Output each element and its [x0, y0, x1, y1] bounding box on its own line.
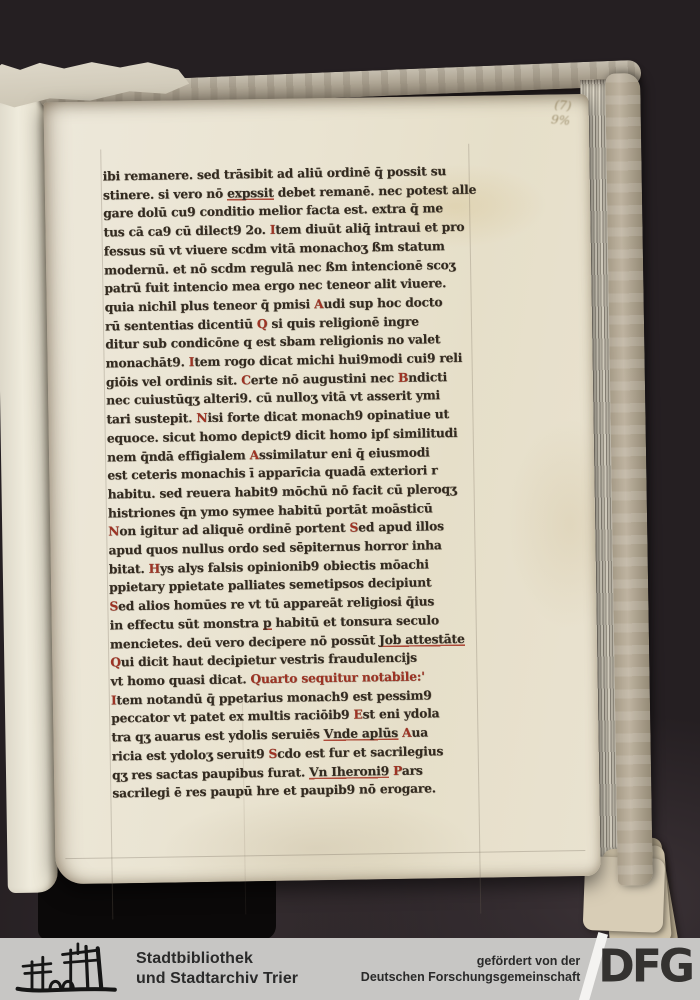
rubricated-text: B	[398, 369, 408, 384]
ink-text: ed apud illos	[358, 519, 444, 535]
ink-text: tem rogo dicat michi hui9modi cui9 reli	[194, 350, 462, 369]
ink-text: monachāt9.	[105, 354, 188, 370]
ink-text: erte nō augustini nec	[251, 370, 398, 387]
ink-text: stinere. si vero nō	[103, 185, 227, 202]
page-crease	[65, 850, 585, 859]
ink-text: bitat.	[109, 561, 149, 577]
ink-text: histriones q̄n ymo symee habitū portāt m…	[108, 500, 433, 520]
ink-text: est ceteris monachis ī apparīcia quadā e…	[107, 463, 437, 483]
manuscript-text-block: ibi remanere. sed trāsibit ad aliū ordin…	[103, 162, 493, 804]
ink-text: nec cuiustūqʒ alteri9. cū nulloʒ vitā vt…	[106, 388, 440, 408]
ink-text: habitu. sed reuera habit9 mōchū nō facit…	[108, 481, 457, 501]
ink-text: udi sup hoc docto	[323, 294, 442, 311]
funding-credit: gefördert von der Deutschen Forschungsge…	[361, 953, 581, 986]
ink-text: st eni ydola	[362, 706, 439, 722]
red-underlined-text: Job attestāte	[379, 630, 465, 646]
institution-line-2: und Stadtarchiv Trier	[136, 969, 298, 989]
ink-text: gare dolū cu9 conditio melior facta est.…	[103, 201, 443, 221]
dfg-logo: DFG	[598, 935, 692, 999]
rubricated-text: A	[249, 447, 259, 462]
ink-text: giōis vel ordinis sit.	[106, 372, 242, 389]
ink-text: ed alios homūes re vt tū appareāt religi…	[118, 594, 434, 614]
rubricated-text: N	[108, 524, 119, 539]
ink-text: tari sustepit.	[106, 410, 196, 426]
ink-text: fessus sū vt viuere scdm vitā monachoʒ ß…	[104, 238, 445, 258]
folio-marks: (7) 9%	[550, 98, 572, 130]
red-underlined-text: expssit	[227, 185, 274, 201]
ink-text: qʒ res sactas paupibus furat.	[112, 764, 309, 782]
ink-text: ssimilatur eni q̄ eiusmodi	[259, 444, 430, 462]
ink-text: apud quos nullus ordo sed sēpiternus hor…	[108, 537, 441, 557]
ink-text: ui dicit haut decipietur vestris fraudul…	[121, 650, 417, 670]
folio-mark-upper: (7)	[552, 98, 572, 115]
manuscript-book: (7) 9% ibi remanere. sed trāsibit ad ali…	[0, 51, 660, 893]
rubricated-text: Q	[110, 655, 121, 670]
ink-text: sacrilegi ē res paupū hre et paupib9 nō …	[112, 781, 436, 801]
ink-text: on igitur ad aliquē ordinē portent	[119, 520, 349, 539]
rubricated-text: Quarto sequitur notabile:'	[250, 668, 424, 686]
ink-text: in effectu sūt monstra	[110, 615, 263, 632]
rubricated-text: H	[148, 560, 160, 575]
folio-mark-lower: 9%	[550, 112, 570, 129]
ink-text: rū sententias dicentiū	[105, 316, 257, 333]
ink-text: ditur sub condicōne q est sbam religioni…	[105, 332, 440, 352]
ink-text: ua	[411, 725, 428, 740]
ink-text: si quis religionē ingre	[267, 313, 419, 330]
ink-text: tem notandū q̄ ppetarius monach9 est pes…	[116, 687, 431, 707]
rubricated-text: N	[196, 410, 207, 425]
red-underlined-text: Vn Iheroni9	[309, 763, 389, 779]
funding-line-2: Deutschen Forschungsgemeinschaft	[361, 969, 581, 985]
ink-text: tus cā ca9 cū dilect9 2o.	[103, 222, 269, 240]
ink-text: vt homo quasi dicat.	[110, 671, 250, 688]
ink-text: debet remanē. nec potest alle	[273, 181, 476, 199]
ink-text: equoce. sicut homo depict9 dicit homo ip…	[107, 425, 458, 446]
ink-text: tra qʒ auarus est ydolis seruiēs	[111, 726, 323, 744]
ink-text: ibi remanere. sed trāsibit ad aliū ordin…	[103, 163, 447, 183]
funding-line-1: gefördert von der	[361, 953, 581, 969]
rubricated-text: A	[402, 725, 412, 740]
stadtbibliothek-porta-nigra-logo	[12, 942, 124, 996]
footer-bar: Stadtbibliothek und Stadtarchiv Trier ge…	[0, 938, 700, 1000]
ink-text: nem q̄ndā effigialem	[107, 447, 250, 464]
ink-text: ndicti	[408, 369, 447, 385]
rubricated-text: C	[241, 372, 251, 387]
ink-text: ricia est ydoloʒ seruit9	[112, 746, 269, 763]
rubricated-text: P	[393, 762, 402, 777]
manuscript-page: (7) 9% ibi remanere. sed trāsibit ad ali…	[43, 94, 600, 884]
rubricated-text: S	[349, 520, 358, 535]
ink-text: mencietes. deū vero decipere nō possūt	[110, 632, 379, 651]
rubricated-text: A	[314, 296, 324, 311]
ink-text: patrū fuit intencio mea ergo nec teneor …	[104, 275, 446, 295]
photo-stage: (7) 9% ibi remanere. sed trāsibit ad ali…	[0, 0, 700, 1000]
institution-line-1: Stadtbibliothek	[136, 949, 298, 969]
ink-text: cdo est fur et sacrilegius	[277, 743, 443, 761]
rubricated-text: Q	[257, 316, 268, 331]
ink-text: tem diuūt aliq̄ intraui et pro	[275, 219, 464, 237]
ink-text: quia nichil plus teneor q̄ pmisi	[105, 296, 315, 314]
ink-text: isi forte dicat monach9 opinatiue ut	[207, 406, 449, 425]
rubricated-text: S	[109, 598, 118, 613]
institution-name: Stadtbibliothek und Stadtarchiv Trier	[136, 949, 298, 988]
red-underlined-text: p	[263, 615, 272, 630]
red-underlined-text: Vnde aplūs	[324, 725, 399, 741]
ink-text: ppietary ppietate palliates semetipsos d…	[109, 575, 431, 595]
ink-text: ys alys falsis opinionib9 obiectis mōach…	[160, 556, 429, 575]
ink-text: habitū et tonsura seculo	[271, 612, 439, 630]
ink-text: ars	[402, 762, 423, 777]
ink-text: peccator vt patet ex multis raciōib9	[111, 707, 353, 726]
